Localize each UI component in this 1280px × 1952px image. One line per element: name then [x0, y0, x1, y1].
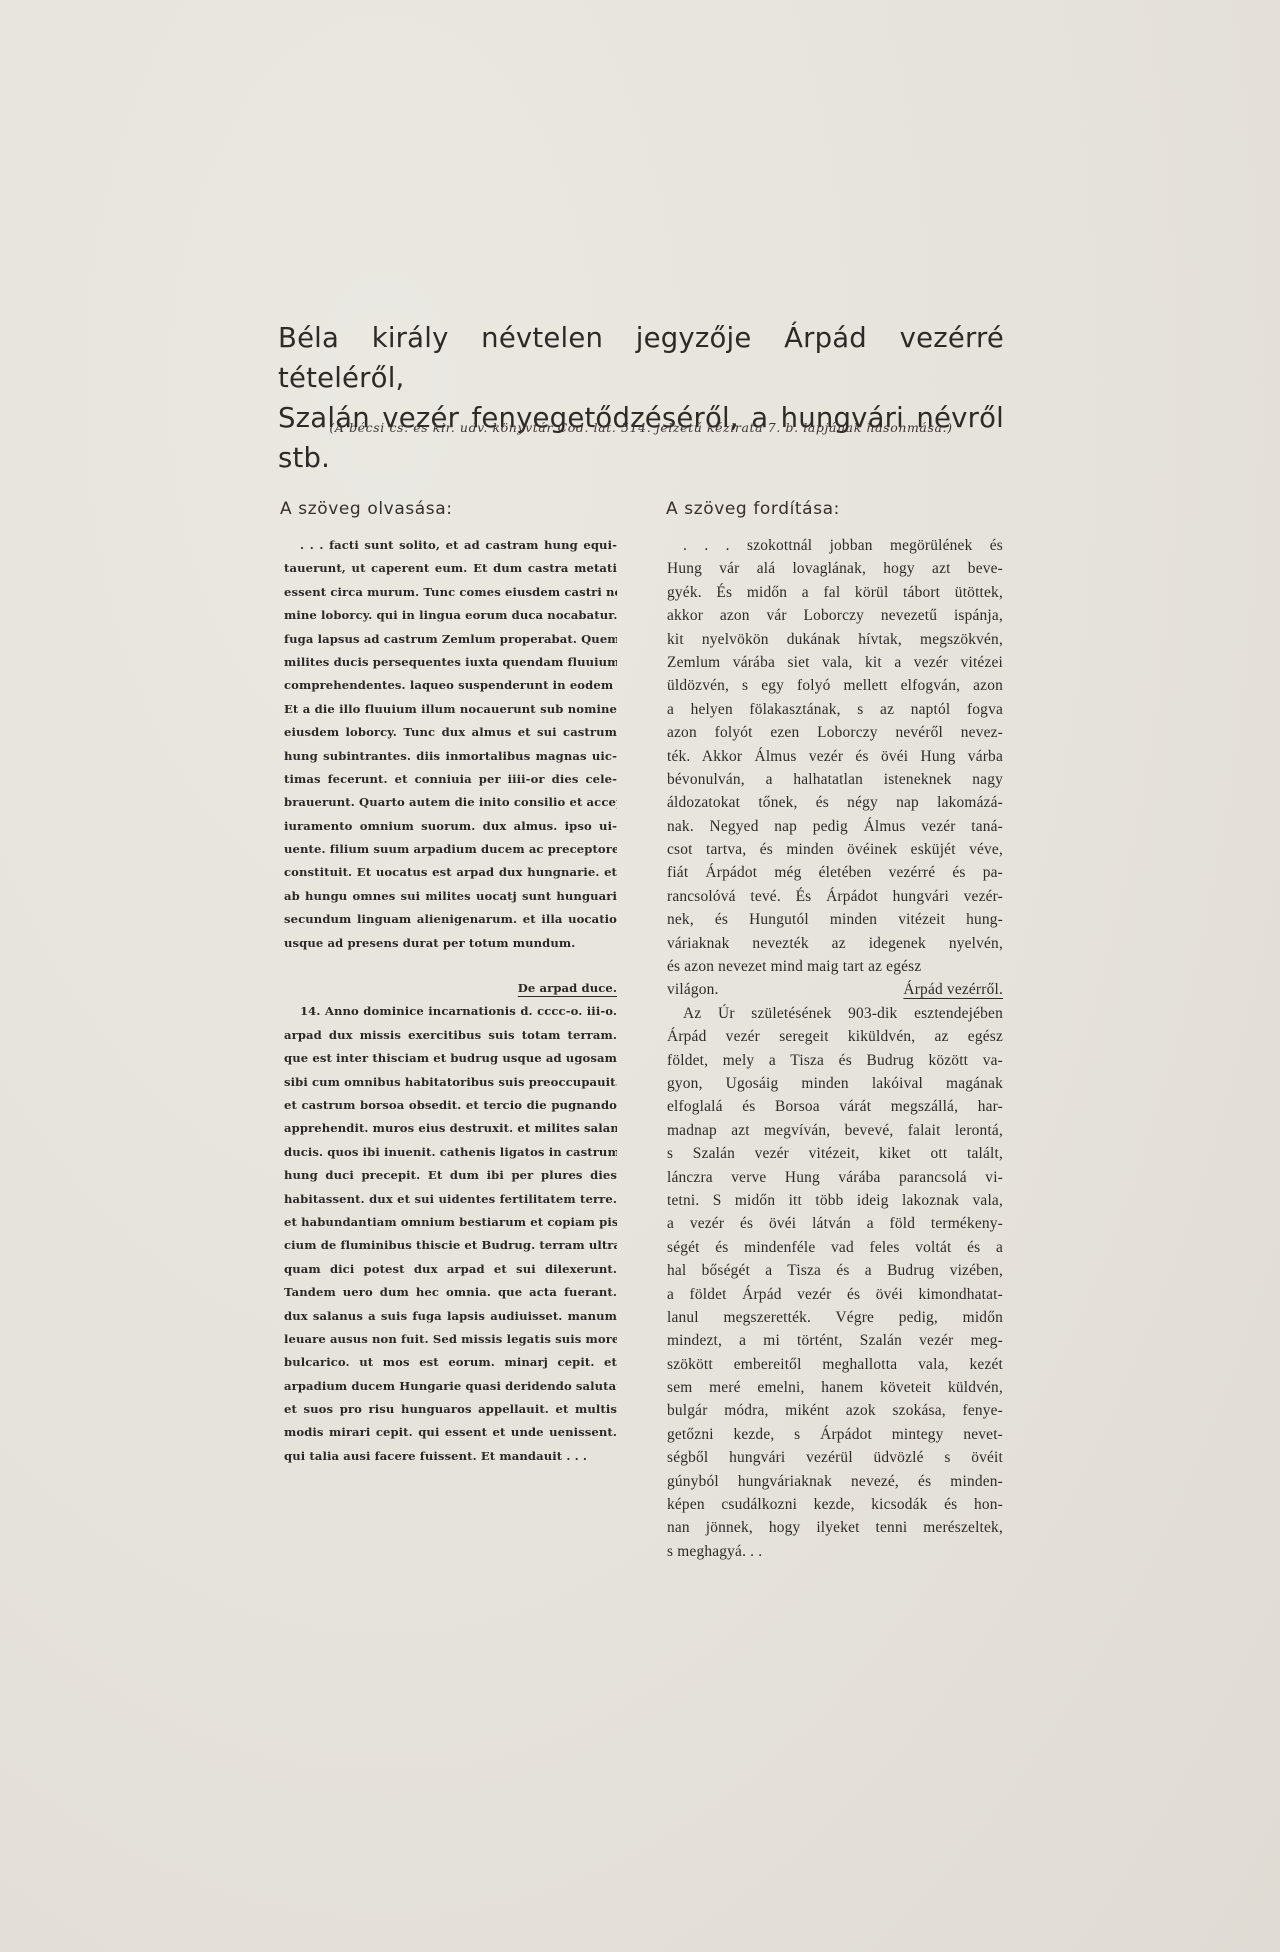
text-line: milites ducis persequentes iuxta quendam… [284, 651, 617, 674]
text-line: s meghagyá. . . [667, 1540, 1003, 1563]
text-line: nan jönnek, hogy ilyeket tenni merészelt… [667, 1516, 1003, 1539]
text-line: a földet Árpád vezér és övéi kimondhatat… [667, 1283, 1003, 1306]
text-line: iuramento omnium suorum. dux almus. ipso… [284, 815, 617, 838]
text-line: ducis. quos ibi inuenit. cathenis ligato… [284, 1141, 617, 1164]
text-line: a helyen fölakasztának, s az naptól fogv… [667, 698, 1003, 721]
text-line: váriaknak nevezték az idegenek nyelvén, [667, 932, 1003, 955]
text-line: . . . szokottnál jobban megörülének és [667, 534, 1003, 557]
page-title: Béla király névtelen jegyzője Árpád vezé… [278, 318, 1004, 478]
text-line: comprehendentes. laqueo suspenderunt in … [284, 674, 617, 697]
text-line: cium de fluminibus thiscie et Budrug. te… [284, 1234, 617, 1257]
translation-last-words: világon. [667, 978, 719, 1001]
text-line: et habundantiam omnium bestiarum et copi… [284, 1211, 617, 1234]
text-line: gyon, Ugosáig minden lakóival magának [667, 1072, 1003, 1095]
latin-section-title: De arpad duce. [284, 977, 617, 1000]
text-line: bulgár módra, miként azok szokása, fenye… [667, 1399, 1003, 1422]
translation-paragraph-2: Az Úr születésének 903-dik esztendejében… [667, 1002, 1003, 1563]
text-line: mine loborcy. qui in lingua eorum duca n… [284, 604, 617, 627]
text-line: arpad dux missis exercitibus suis totam … [284, 1024, 617, 1047]
text-line: leuare ausus non fuit. Sed missis legati… [284, 1328, 617, 1351]
text-line: ségét és mindenféle vad feles voltát és … [667, 1236, 1003, 1259]
text-line: eiusdem loborcy. Tunc dux almus et sui c… [284, 721, 617, 744]
text-line: madnap azt megvíván, bevevé, falait lero… [667, 1119, 1003, 1142]
text-line: 14. Anno dominice incarnationis d. cccc-… [284, 1000, 617, 1023]
text-line: Tandem uero dum hec omnia. que acta fuer… [284, 1281, 617, 1304]
text-line: nek, és Hungutól minden vitézeit hung- [667, 908, 1003, 931]
text-line: áldozatokat tőnek, és négy nap lakomázá- [667, 791, 1003, 814]
text-line: s Szalán vezér vitézeit, kiket ott talál… [667, 1142, 1003, 1165]
hungarian-translation-column: . . . szokottnál jobban megörülének ésHu… [667, 534, 1003, 1563]
text-line: elfoglalá és Borsoa várát megszállá, har… [667, 1095, 1003, 1118]
reading-heading: A szöveg olvasása: [280, 499, 453, 519]
text-line: akkor azon vár Loborczy nevezetű ispánja… [667, 604, 1003, 627]
text-line: Árpád vezér seregeit kiküldvén, az egész [667, 1025, 1003, 1048]
text-line: habitassent. dux et sui uidentes fertili… [284, 1188, 617, 1211]
text-line: apprehendit. muros eius destruxit. et mi… [284, 1117, 617, 1140]
latin-paragraph-2: 14. Anno dominice incarnationis d. cccc-… [284, 1000, 617, 1468]
text-line: secundum linguam alienigenarum. et illa … [284, 908, 617, 931]
text-line: fuga lapsus ad castrum Zemlum properabat… [284, 628, 617, 651]
text-line: mindezt, a mi történt, Szalán vezér meg- [667, 1329, 1003, 1352]
text-line: fiát Árpádot még életében vezérré és pa- [667, 861, 1003, 884]
spacer [284, 955, 617, 977]
text-line: hung subintrantes. diis inmortalibus mag… [284, 745, 617, 768]
text-line: nak. Negyed nap pedig Álmus vezér taná- [667, 815, 1003, 838]
text-line: ab hungu omnes sui milites uocatj sunt h… [284, 885, 617, 908]
text-line: que est inter thisciam et budrug usque a… [284, 1047, 617, 1070]
text-line: azon folyót ezen Loborczy nevéről nevez- [667, 721, 1003, 744]
text-line: csot tartva, és minden övéinek esküjét v… [667, 838, 1003, 861]
text-line: dux salanus a suis fuga lapsis audiuisse… [284, 1305, 617, 1328]
text-line: qui talia ausi facere fuissent. Et manda… [284, 1445, 617, 1468]
source-caption: (A bécsi cs. és kir. udv. könyvtár Cod. … [278, 420, 1004, 435]
translation-section-line: világon. Árpád vezérről. [667, 978, 1003, 1001]
text-line: Et a die illo fluuium illum nocauerunt s… [284, 698, 617, 721]
text-line: sibi cum omnibus habitatoribus suis preo… [284, 1071, 617, 1094]
latin-paragraph-1: . . . facti sunt solito, et ad castram h… [284, 534, 617, 955]
text-line: a vezér és övéi látván a föld termékeny- [667, 1212, 1003, 1235]
translation-section-title: Árpád vezérről. [903, 978, 1003, 1001]
text-line: Az Úr születésének 903-dik esztendejében [667, 1002, 1003, 1025]
text-line: getőzni kezde, s Árpádot mintegy nevet- [667, 1423, 1003, 1446]
text-line: ségből hungvári vezérül üdvözlé s övéit [667, 1446, 1003, 1469]
translation-heading: A szöveg fordítása: [666, 499, 840, 519]
latin-reading-column: . . . facti sunt solito, et ad castram h… [284, 534, 617, 1468]
text-line: bévonulván, a halhatatlan isteneknek nag… [667, 768, 1003, 791]
text-line: et suos pro risu hunguaros appellauit. e… [284, 1398, 617, 1421]
text-line: hal bőségét a Tisza és a Budrug vizében, [667, 1259, 1003, 1282]
text-line: ték. Akkor Álmus vezér és övéi Hung várb… [667, 745, 1003, 768]
text-line: arpadium ducem Hungarie quasi deridendo … [284, 1375, 617, 1398]
text-line: tetni. S midőn itt több ideig lakoznak v… [667, 1189, 1003, 1212]
text-line: sem meré emelni, hanem követeit küldvén, [667, 1376, 1003, 1399]
text-line: constituit. Et uocatus est arpad dux hun… [284, 861, 617, 884]
text-line: usque ad presens durat per totum mundum. [284, 932, 617, 955]
text-line: brauerunt. Quarto autem die inito consil… [284, 791, 617, 814]
translation-paragraph-1: . . . szokottnál jobban megörülének ésHu… [667, 534, 1003, 978]
text-line: üldözvén, s egy folyó mellett elfogván, … [667, 674, 1003, 697]
text-line: képen csudálkozni kezde, kicsodák és hon… [667, 1493, 1003, 1516]
text-line: bulcarico. ut mos est eorum. minarj cepi… [284, 1351, 617, 1374]
title-line-2: Szalán vezér fenyegetődzéséről, a hungvá… [278, 398, 1004, 478]
text-line: modis mirari cepit. qui essent et unde u… [284, 1421, 617, 1444]
text-line: gúnyból hungváriaknak nevezé, és minden- [667, 1470, 1003, 1493]
text-line: hung duci precepit. Et dum ibi per plure… [284, 1164, 617, 1187]
text-line: . . . facti sunt solito, et ad castram h… [284, 534, 617, 557]
text-line: lánczra verve Hung várába parancsolá vi- [667, 1166, 1003, 1189]
title-line-1: Béla király névtelen jegyzője Árpád vezé… [278, 318, 1004, 398]
text-line: lanul megszerették. Végre pedig, midőn [667, 1306, 1003, 1329]
text-line: et castrum borsoa obsedit. et tercio die… [284, 1094, 617, 1117]
text-line: gyék. És midőn a fal körül tábort ütötte… [667, 581, 1003, 604]
text-line: földet, mely a Tisza és Budrug között va… [667, 1049, 1003, 1072]
text-line: tauerunt, ut caperent eum. Et dum castra… [284, 557, 617, 580]
text-line: kit nyelvökön dukának hívtak, megszökvén… [667, 628, 1003, 651]
text-line: és azon nevezet mind maig tart az egész [667, 955, 1003, 978]
text-line: rancsolóvá tevé. És Árpádot hungvári vez… [667, 885, 1003, 908]
text-line: essent circa murum. Tunc comes eiusdem c… [284, 581, 617, 604]
text-line: timas fecerunt. et conniuia per iiii-or … [284, 768, 617, 791]
text-line: Hung vár alá lovaglának, hogy azt beve- [667, 557, 1003, 580]
text-line: uente. filium suum arpadium ducem ac pre… [284, 838, 617, 861]
text-line: szökött embereitől meghallotta vala, kez… [667, 1353, 1003, 1376]
text-line: Zemlum várába siet vala, kit a vezér vit… [667, 651, 1003, 674]
text-line: quam dici potest dux arpad et sui dilexe… [284, 1258, 617, 1281]
